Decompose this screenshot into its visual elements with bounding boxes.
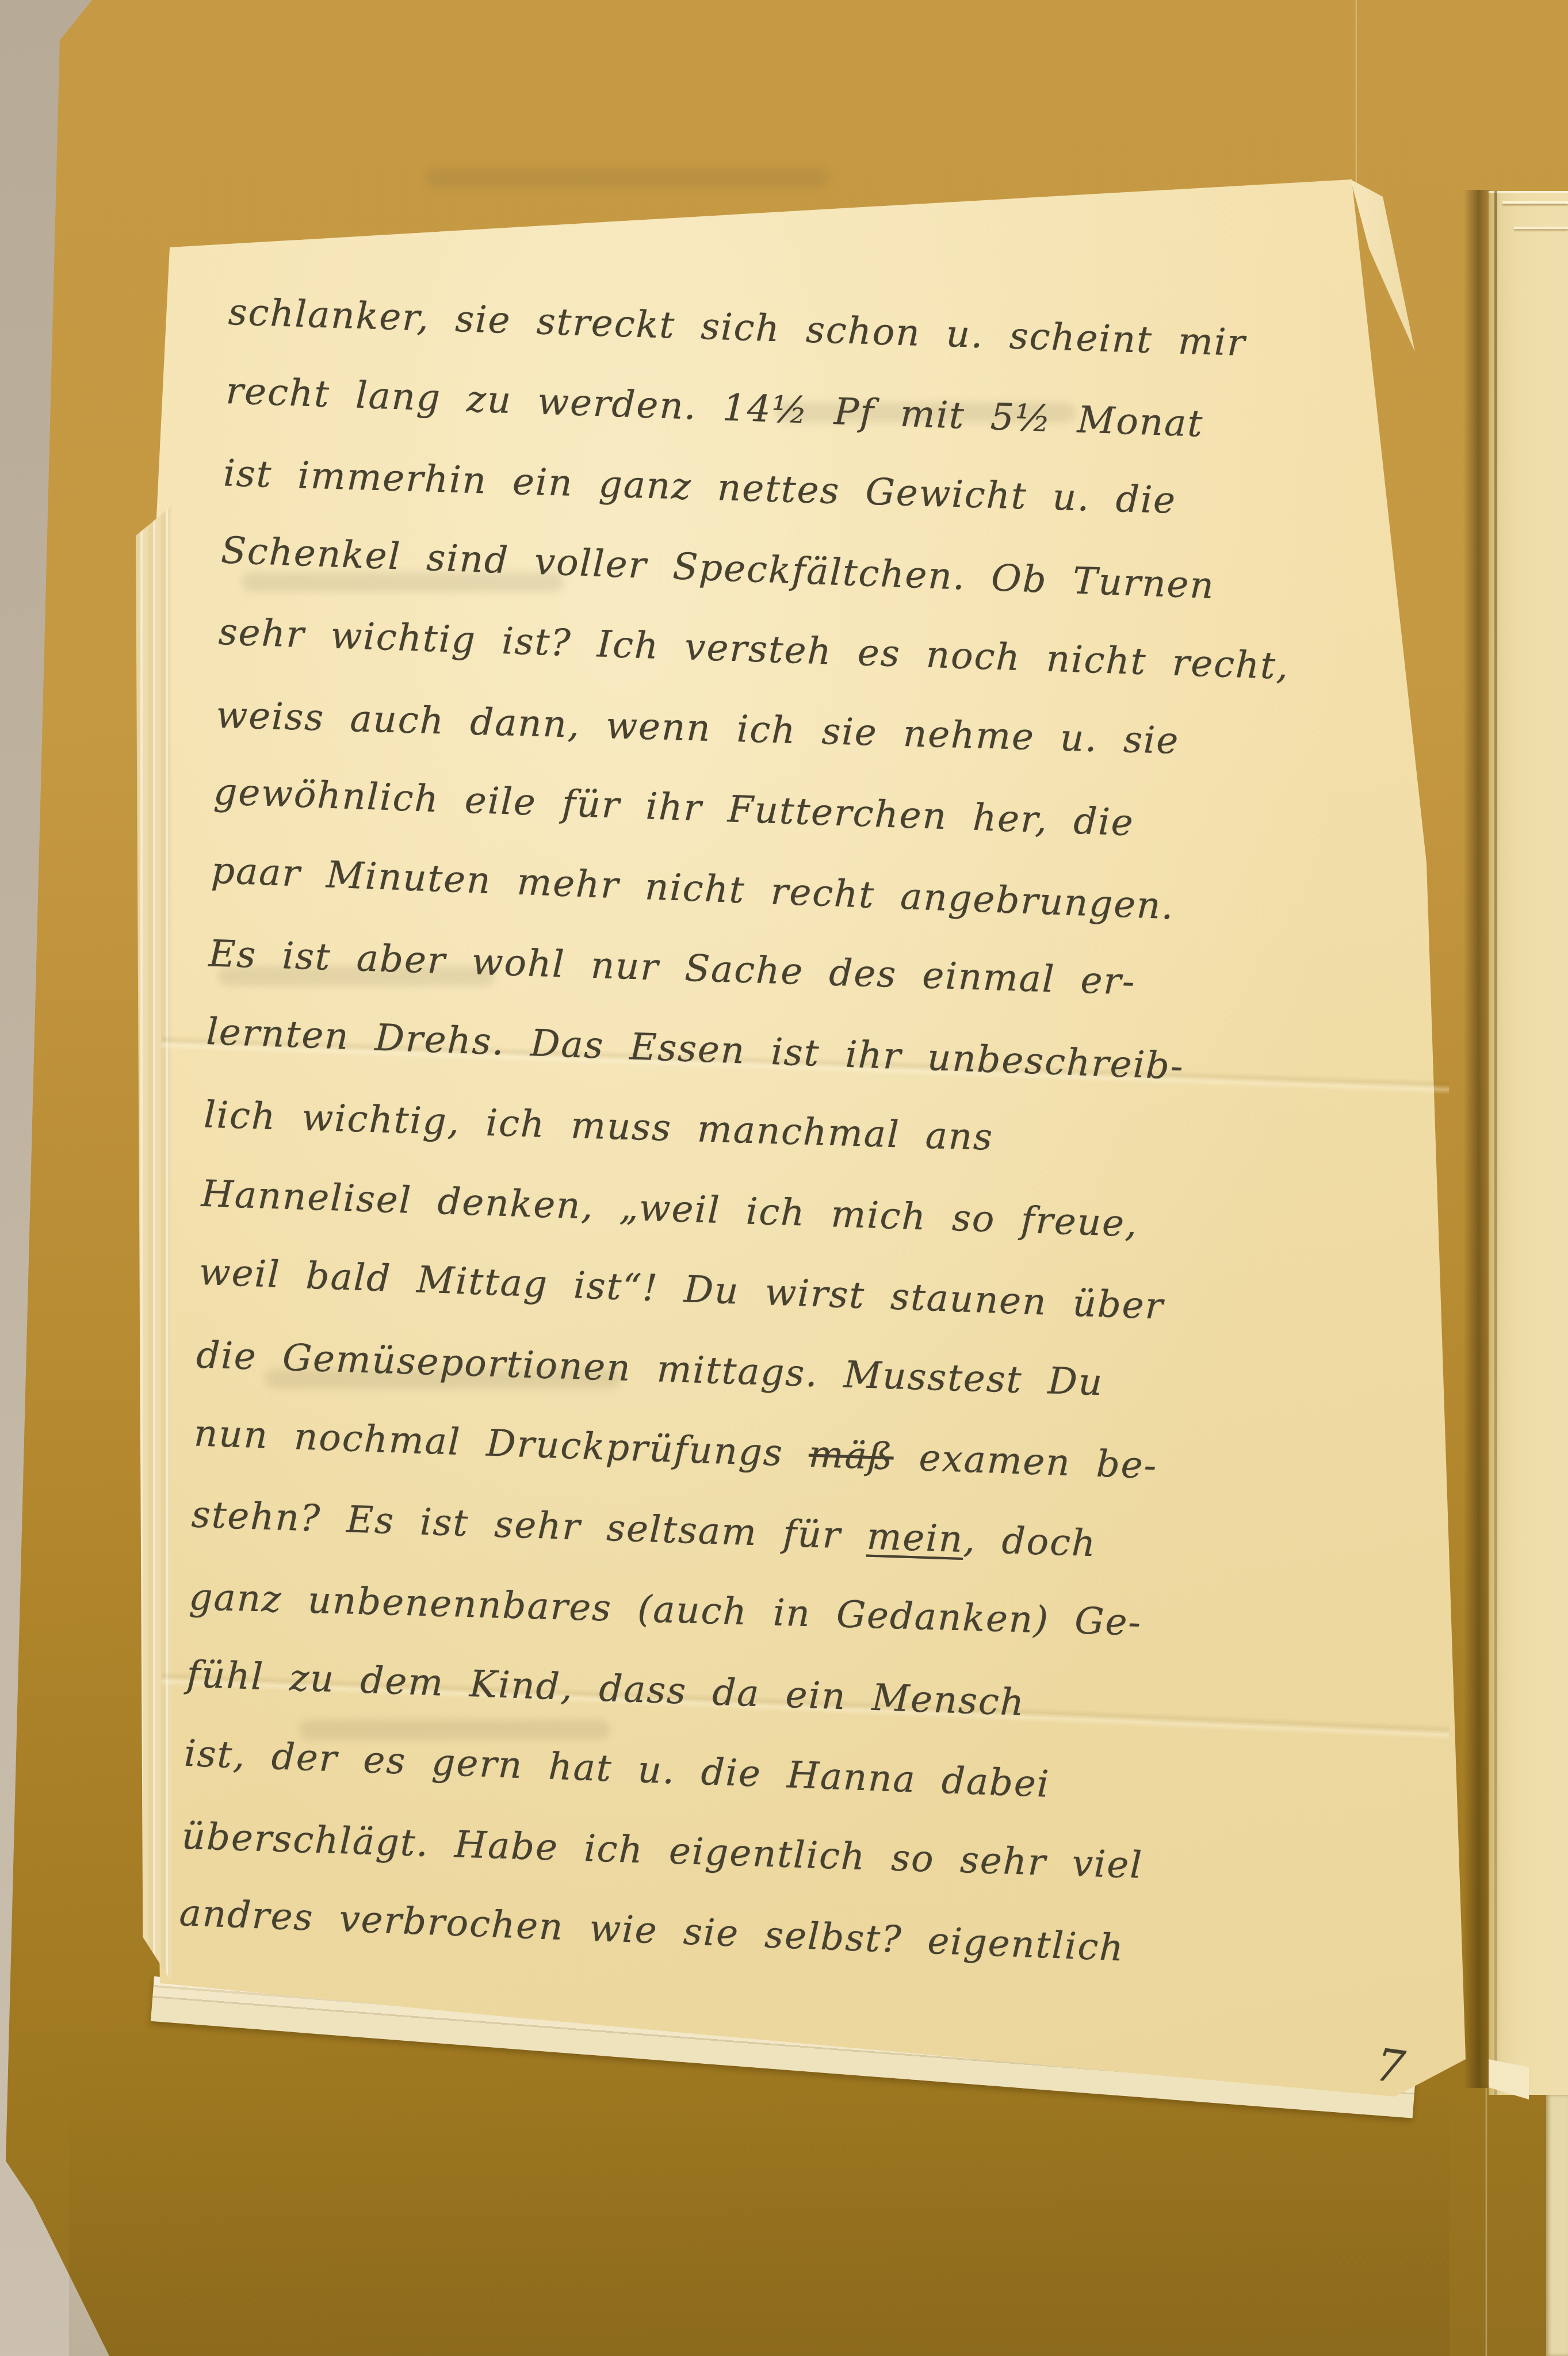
folder-crease: [1485, 2088, 1487, 2356]
photo-of-letter: schlanker, sie streckt sich schon u. sch…: [0, 0, 1568, 2356]
sheet-edge: [1502, 201, 1568, 204]
stack-gap-shadow: [1463, 190, 1491, 2088]
bleed-through-mark: [426, 168, 828, 188]
sheet-edge: [1546, 2095, 1568, 2356]
sheet-edge: [1514, 227, 1568, 229]
sheet-edge: [1494, 191, 1497, 2095]
folder-shadow: [69, 2082, 1450, 2356]
folder-crease: [1355, 0, 1357, 190]
right-page-stack: [1489, 191, 1568, 2095]
bleed-through-mark: [299, 1720, 610, 1739]
